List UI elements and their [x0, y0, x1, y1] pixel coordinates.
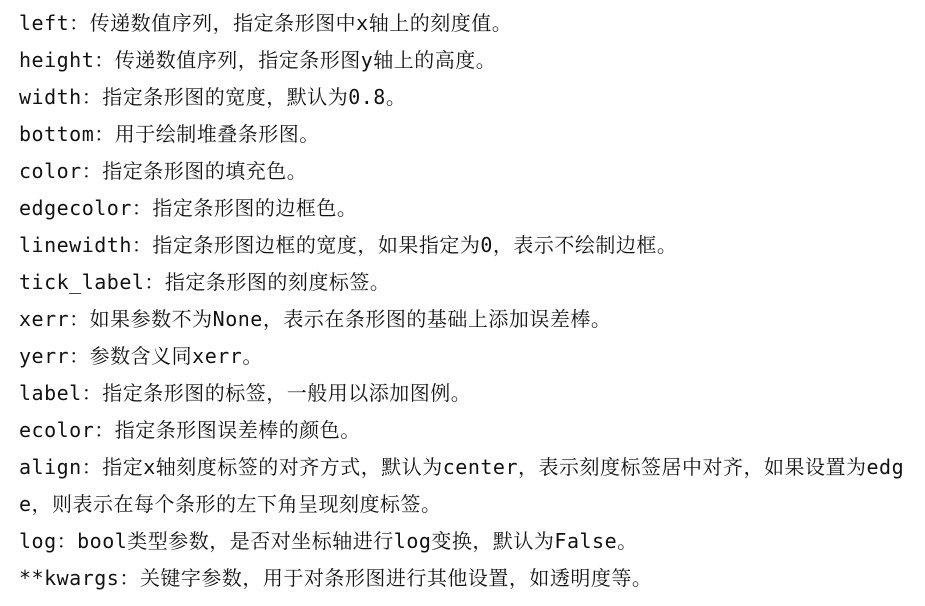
parameter-name: linewidth： [19, 233, 152, 257]
parameter-name: ecolor： [19, 418, 115, 442]
parameter-name: align： [19, 455, 102, 479]
parameter-line: height：传递数值序列，指定条形图y轴上的高度。 [19, 42, 909, 79]
parameter-description: 用于绘制堆叠条形图。 [115, 122, 320, 146]
parameter-name: color： [19, 159, 102, 183]
parameter-description: 指定条形图的标签，一般用以添加图例。 [102, 381, 471, 405]
parameter-line: tick_label：指定条形图的刻度标签。 [19, 264, 909, 301]
parameter-list: left：传递数值序列，指定条形图中x轴上的刻度值。 height：传递数值序列… [0, 0, 925, 597]
parameter-line: label：指定条形图的标签，一般用以添加图例。 [19, 375, 909, 412]
parameter-name: left： [19, 11, 90, 35]
parameter-description: 指定条形图边框的宽度，如果指定为0，表示不绘制边框。 [152, 233, 677, 257]
parameter-description: 关键字参数，用于对条形图进行其他设置，如透明度等。 [140, 566, 653, 590]
parameter-line: bottom：用于绘制堆叠条形图。 [19, 116, 909, 153]
parameter-name: height： [19, 48, 115, 72]
parameter-line: width：指定条形图的宽度，默认为0.8。 [19, 79, 909, 116]
parameter-line: align：指定x轴刻度标签的对齐方式，默认为center，表示刻度标签居中对齐… [19, 449, 909, 523]
parameter-description: 传递数值序列，指定条形图中x轴上的刻度值。 [90, 11, 513, 35]
parameter-description: 指定条形图误差棒的颜色。 [115, 418, 361, 442]
parameter-description: 参数含义同xerr。 [90, 344, 263, 368]
parameter-line: edgecolor：指定条形图的边框色。 [19, 190, 909, 227]
parameter-description: 指定x轴刻度标签的对齐方式，默认为center，表示刻度标签居中对齐，如果设置为… [19, 455, 904, 516]
parameter-line: yerr：参数含义同xerr。 [19, 338, 909, 375]
parameter-description: 指定条形图的刻度标签。 [165, 270, 391, 294]
parameter-name: tick_label： [19, 270, 165, 294]
parameter-name: yerr： [19, 344, 90, 368]
parameter-name: xerr： [19, 307, 90, 331]
parameter-line: **kwargs：关键字参数，用于对条形图进行其他设置，如透明度等。 [19, 560, 909, 597]
parameter-name: edgecolor： [19, 196, 152, 220]
parameter-description: 指定条形图的边框色。 [152, 196, 357, 220]
parameter-name: label： [19, 381, 102, 405]
parameter-line: xerr：如果参数不为None，表示在条形图的基础上添加误差棒。 [19, 301, 909, 338]
parameter-name: bottom： [19, 122, 115, 146]
parameter-line: linewidth：指定条形图边框的宽度，如果指定为0，表示不绘制边框。 [19, 227, 909, 264]
parameter-description: 传递数值序列，指定条形图y轴上的高度。 [115, 48, 497, 72]
parameter-name: width： [19, 85, 102, 109]
parameter-description: 如果参数不为None，表示在条形图的基础上添加误差棒。 [90, 307, 612, 331]
parameter-name: **kwargs： [19, 566, 140, 590]
parameter-line: color：指定条形图的填充色。 [19, 153, 909, 190]
parameter-line: log：bool类型参数，是否对坐标轴进行log变换，默认为False。 [19, 523, 909, 560]
parameter-description: 指定条形图的填充色。 [102, 159, 307, 183]
parameter-name: log： [19, 529, 77, 553]
parameter-description: bool类型参数，是否对坐标轴进行log变换，默认为False。 [77, 529, 638, 553]
parameter-description: 指定条形图的宽度，默认为0.8。 [102, 85, 406, 109]
parameter-line: ecolor：指定条形图误差棒的颜色。 [19, 412, 909, 449]
parameter-line: left：传递数值序列，指定条形图中x轴上的刻度值。 [19, 5, 909, 42]
